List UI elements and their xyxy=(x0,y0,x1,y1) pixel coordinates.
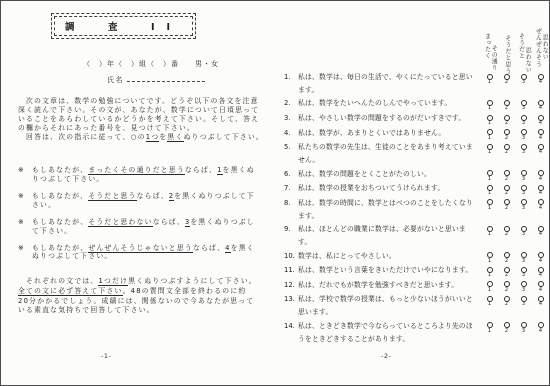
text-segment: さい。 xyxy=(32,201,56,209)
answer-options: 1234 xyxy=(481,141,549,155)
answer-option-number: 4 xyxy=(539,206,542,211)
answer-option-number: 3 xyxy=(522,106,525,111)
answer-option: 3 xyxy=(515,226,532,238)
scale-header-1: まったくその通り xyxy=(481,28,498,75)
answer-option-number: 4 xyxy=(539,80,542,85)
question-text: 私は、やさしい数学の問題をするのがだいすきです。 xyxy=(298,112,481,125)
note-text: もしあなたが、まったくその通りだと思うならば、1を黒くぬりつぶして下さい。 xyxy=(32,166,270,183)
note-marker: ※ xyxy=(18,192,32,209)
text-line: いることをあらわしているかどうかを考えて下さい。そして、答え xyxy=(18,115,270,124)
answer-option: 4 xyxy=(532,185,549,197)
question-text: 私は、数学の問題をとくことがたのしい。 xyxy=(298,168,481,181)
answer-option: 2 xyxy=(498,199,515,211)
answer-option: 3 xyxy=(515,199,532,211)
text-segment: ならば、 xyxy=(137,192,169,200)
text-segment: ならば、 xyxy=(193,244,225,252)
answer-option-number: 1 xyxy=(488,206,491,211)
question-row: 13.私は、学校で数学の授業は、もっと少ないほうがいいと思います。1234 xyxy=(284,293,549,319)
answer-option: 1 xyxy=(481,74,498,86)
answer-option-number: 4 xyxy=(539,232,542,237)
answer-option: 1 xyxy=(481,226,498,238)
underlined-text-segment: 1つだけ xyxy=(98,277,128,286)
answer-options: 1234 xyxy=(481,197,549,211)
answer-option: 1 xyxy=(481,129,498,141)
answer-option-number: 2 xyxy=(505,329,508,334)
answer-options: 1234 xyxy=(481,71,549,85)
answer-option: 2 xyxy=(498,226,515,238)
underlined-text-segment: そうだと思う xyxy=(88,192,136,201)
text-line: もしあなたが、そうだと思うならば、2を黒くぬりつぶして下 xyxy=(32,192,270,201)
text-line: 全ての文に必ず答えて下さい。48の質問文全部を終わるのに約 xyxy=(18,287,270,297)
answer-option: 2 xyxy=(498,267,515,279)
note-text: もしあなたが、ぜんぜんそうじゃないと思うならば、4を黒くぬりつぶして下さい。 xyxy=(32,244,270,261)
question-number: 9. xyxy=(284,223,298,236)
underlined-text-segment: まったくその通りだと思う xyxy=(88,166,185,175)
question-row: 11.私は、数学という言葉をきいただけでいやになります。1234 xyxy=(284,264,549,278)
text-segment: の欄からそれにあった番号を、見つけて下さい。 xyxy=(18,124,195,132)
scale-header-2: そうだと思う xyxy=(498,28,515,75)
answer-option: 4 xyxy=(532,267,549,279)
text-line: 次の文章は、数学の勉強についてです。どうぞ以下の各文を注意 xyxy=(18,97,270,106)
answer-option-number: 2 xyxy=(505,106,508,111)
question-number: 1. xyxy=(284,71,298,84)
answer-option-number: 3 xyxy=(522,232,525,237)
question-number: 7. xyxy=(284,182,298,195)
answer-option-number: 4 xyxy=(539,191,542,196)
answer-option-number: 2 xyxy=(505,150,508,155)
question-number: 13. xyxy=(284,293,298,306)
instruction-note: ※もしあなたが、そうだと思わないならば、3を黒くぬりつぶして下さい。 xyxy=(18,218,270,235)
scale-label-column: ぜんぜんそう xyxy=(534,28,541,75)
answer-option: 4 xyxy=(532,226,549,238)
survey-title: 調 査 II xyxy=(54,16,193,36)
answer-option-number: 2 xyxy=(505,136,508,141)
answer-option-number: 2 xyxy=(505,206,508,211)
answer-option-number: 2 xyxy=(505,259,508,264)
instruction-note: ※もしあなたが、まったくその通りだと思うならば、1を黒くぬりつぶして下さい。 xyxy=(18,166,270,183)
answer-option-number: 4 xyxy=(539,273,542,278)
question-number: 3. xyxy=(284,112,298,125)
question-text: 私たちの数学の先生は、生徒のことをあまり考えていません。 xyxy=(298,141,481,167)
answer-option-number: 3 xyxy=(522,288,525,293)
text-line: もしあなたが、ぜんぜんそうじゃないと思うならば、4を黒く xyxy=(32,244,270,253)
answer-option: 1 xyxy=(481,185,498,197)
answer-option: 1 xyxy=(481,281,498,293)
answer-option-number: 1 xyxy=(488,191,491,196)
answer-option: 3 xyxy=(515,252,532,264)
answer-option: 3 xyxy=(515,115,532,127)
answer-option-number: 2 xyxy=(505,177,508,182)
answer-option-number: 1 xyxy=(488,150,491,155)
instruction-note: ※もしあなたが、ぜんぜんそうじゃないと思うならば、4を黒くぬりつぶして下さい。 xyxy=(18,244,270,261)
text-segment: もしあなたが、 xyxy=(32,244,88,252)
answer-option: 1 xyxy=(481,144,498,156)
answer-option-number: 4 xyxy=(539,106,542,111)
footer-paragraph: それぞれの文では、1つだけ黒くぬりつぶすようにして下さい。全ての文に必ず答えて下… xyxy=(18,277,270,316)
answer-option-number: 2 xyxy=(505,288,508,293)
answer-option: 1 xyxy=(481,322,498,334)
text-segment: 回答は、次の指示に従って、○の xyxy=(18,133,146,141)
text-segment: を黒くぬりつぶし xyxy=(190,218,254,226)
text-segment: ならば、 xyxy=(185,166,217,174)
answer-option-number: 3 xyxy=(522,191,525,196)
question-row: 5.私たちの数学の先生は、生徒のことをあまり考えていません。1234 xyxy=(284,141,549,167)
question-text: 私は、数学の授業をおちついてうけられます。 xyxy=(298,182,481,195)
answer-option: 1 xyxy=(481,199,498,211)
answer-option: 3 xyxy=(515,129,532,141)
answer-option: 4 xyxy=(532,170,549,182)
answer-option-number: 4 xyxy=(539,177,542,182)
text-segment: 20分かかるでしょう。成績には、関係ないので今あなたが思って xyxy=(18,297,254,305)
answer-option-number: 1 xyxy=(488,273,491,278)
underlined-text-segment: 全ての文に必ず答えて下さい xyxy=(18,287,123,296)
answer-option-number: 3 xyxy=(522,259,525,264)
answer-option: 4 xyxy=(532,144,549,156)
question-text: 私は、だれでもが数学を勉強すべきだと思います。 xyxy=(298,279,481,292)
note-marker: ※ xyxy=(18,166,32,183)
answer-option: 3 xyxy=(515,281,532,293)
answer-options: 1234 xyxy=(481,182,549,196)
question-text: 私は、数学は、毎日の生活で、やくにたっていると思います。 xyxy=(298,71,481,97)
answer-option-number: 1 xyxy=(488,136,491,141)
question-row: 2.私は、数学をたいへんたのしんでやっています。1234 xyxy=(284,97,549,111)
question-text: 私は、数学が、あまりとくいではありません。 xyxy=(298,127,481,140)
answer-option: 1 xyxy=(481,267,498,279)
text-segment: もしあなたが、 xyxy=(32,192,88,200)
answer-option-number: 4 xyxy=(539,259,542,264)
answer-option: 1 xyxy=(481,115,498,127)
answer-option-number: 2 xyxy=(505,302,508,307)
text-segment: 次の文章は、数学の勉強についてです。どうぞ以下の各文を注意 xyxy=(18,97,259,105)
underlined-text-segment: そうだと思わない xyxy=(88,218,152,227)
answer-option-number: 1 xyxy=(488,177,491,182)
text-line: それぞれの文では、1つだけ黒くぬりつぶすようにして下さい。 xyxy=(18,277,270,287)
answer-option-number: 4 xyxy=(539,121,542,126)
note-marker: ※ xyxy=(18,218,32,235)
name-underline xyxy=(127,74,205,82)
answer-option-number: 4 xyxy=(539,288,542,293)
answer-option-number: 1 xyxy=(488,302,491,307)
answer-option-number: 2 xyxy=(505,191,508,196)
question-text: 数学は、私にとってやさしい。 xyxy=(298,250,481,263)
name-label: 氏名 xyxy=(107,76,124,84)
question-row: 12.私は、だれでもが数学を勉強すべきだと思います。1234 xyxy=(284,279,549,293)
instruction-notes: ※もしあなたが、まったくその通りだと思うならば、1を黒くぬりつぶして下さい。※も… xyxy=(18,166,270,270)
answer-options: 1234 xyxy=(481,293,549,307)
question-number: 5. xyxy=(284,141,298,154)
answer-option: 4 xyxy=(532,199,549,211)
answer-options: 1234 xyxy=(481,168,549,182)
answer-option-number: 2 xyxy=(505,273,508,278)
survey-title-box: 調 査 II xyxy=(51,13,196,39)
answer-option: 4 xyxy=(532,281,549,293)
answer-option: 3 xyxy=(515,267,532,279)
answer-option-number: 1 xyxy=(488,80,491,85)
text-segment: て下さい。 xyxy=(32,227,72,235)
text-line: 深く読んで下さい。その文が、あなたが、数学について日頃思って xyxy=(18,106,270,115)
answer-option: 4 xyxy=(532,129,549,141)
text-line: さい。 xyxy=(32,201,270,210)
answer-option: 4 xyxy=(532,100,549,112)
answer-option: 3 xyxy=(515,296,532,308)
answer-option-number: 3 xyxy=(522,302,525,307)
scale-header-4: ぜんぜんそう思わない xyxy=(532,28,549,75)
question-text: 私は、ときどき数学で今ならっているところより先のほうをときどきすることがあります… xyxy=(298,320,481,346)
answer-option: 4 xyxy=(532,296,549,308)
text-line: もしあなたが、まったくその通りだと思うならば、1を黒くぬ xyxy=(32,166,270,175)
question-number: 4. xyxy=(284,127,298,140)
answer-options: 1234 xyxy=(481,250,549,264)
question-number: 14. xyxy=(284,320,298,333)
answer-option: 4 xyxy=(532,115,549,127)
answer-option: 3 xyxy=(515,322,532,334)
text-segment: 黒くぬりつぶすようにして下さい。 xyxy=(128,277,257,285)
answer-option-number: 3 xyxy=(522,329,525,334)
answer-option: 3 xyxy=(515,144,532,156)
answer-option-number: 1 xyxy=(488,106,491,111)
answer-option-number: 1 xyxy=(488,259,491,264)
question-number: 2. xyxy=(284,97,298,110)
question-row: 1.私は、数学は、毎日の生活で、やくにたっていると思います。1234 xyxy=(284,71,549,97)
answer-option-number: 4 xyxy=(539,136,542,141)
answer-option: 2 xyxy=(498,185,515,197)
answer-options: 1234 xyxy=(481,223,549,237)
answer-option-number: 2 xyxy=(505,121,508,126)
answer-option: 3 xyxy=(515,100,532,112)
text-segment: ぬりつぶして下さい。 xyxy=(184,133,264,141)
note-marker: ※ xyxy=(18,244,32,261)
text-segment: いる素直な気持ちで回答して下さい。 xyxy=(18,306,155,314)
answer-option-number: 3 xyxy=(522,150,525,155)
underlined-text-segment: 1つ xyxy=(146,133,160,142)
answer-option: 1 xyxy=(481,100,498,112)
question-row: 3.私は、やさしい数学の問題をするのがだいすきです。1234 xyxy=(284,112,549,126)
answer-option: 3 xyxy=(515,74,532,86)
answer-option: 1 xyxy=(481,296,498,308)
answer-option-number: 2 xyxy=(505,232,508,237)
question-number: 10. xyxy=(284,250,298,263)
page-number-2: -2- xyxy=(381,352,391,360)
text-segment: ならば、 xyxy=(153,218,185,226)
answer-option-number: 3 xyxy=(522,206,525,211)
question-row: 9.私は、ほとんどの職業に数学は、必要がないと思います。1234 xyxy=(284,223,549,249)
student-info-line: （ ）年（ ）組（ ）番 男・女 xyxy=(31,59,271,69)
answer-option: 2 xyxy=(498,281,515,293)
answer-options: 1234 xyxy=(481,97,549,111)
answer-option-number: 3 xyxy=(522,80,525,85)
answer-option-number: 4 xyxy=(539,150,542,155)
answer-option-number: 3 xyxy=(522,136,525,141)
question-row: 6.私は、数学の問題をとくことがたのしい。1234 xyxy=(284,168,549,182)
text-segment: を黒く xyxy=(231,244,255,252)
answer-option: 2 xyxy=(498,170,515,182)
answer-scale-headers: まったくその通りそうだと思うそうだと思わないぜんぜんそう思わない xyxy=(481,28,549,75)
text-segment: もしあなたが、 xyxy=(32,218,88,226)
text-segment: いることをあらわしているかどうかを考えて下さい。そして、答え xyxy=(18,115,259,123)
question-text: 私は、数学という言葉をきいただけでいやになります。 xyxy=(298,264,481,277)
text-line: りつぶして下さい。 xyxy=(32,175,270,184)
scale-label-column: そうだと思う xyxy=(503,35,510,75)
intro-paragraph: 次の文章は、数学の勉強についてです。どうぞ以下の各文を注意深く読んで下さい。その… xyxy=(18,97,270,142)
text-segment: ぬりつぶして下さい。 xyxy=(32,252,112,260)
answer-option: 4 xyxy=(532,322,549,334)
note-text: もしあなたが、そうだと思うならば、2を黒くぬりつぶして下さい。 xyxy=(32,192,270,209)
answer-option-number: 3 xyxy=(522,177,525,182)
answer-option: 1 xyxy=(481,252,498,264)
scale-label-column: 思わない xyxy=(541,34,548,75)
text-line: の欄からそれにあった番号を、見つけて下さい。 xyxy=(18,124,270,133)
question-row: 4.私は、数学が、あまりとくいではありません。1234 xyxy=(284,127,549,141)
answer-options: 1234 xyxy=(481,112,549,126)
text-segment: 深く読んで下さい。その文が、あなたが、数学について日頃思って xyxy=(18,106,259,114)
answer-option: 2 xyxy=(498,322,515,334)
answer-option-number: 1 xyxy=(488,232,491,237)
answer-option-number: 1 xyxy=(488,329,491,334)
page-number-1: -1- xyxy=(101,352,111,360)
text-segment: 。48の質問文全部を終わるのに約 xyxy=(123,287,247,295)
question-number: 12. xyxy=(284,279,298,292)
question-row: 10.数学は、私にとってやさしい。1234 xyxy=(284,250,549,264)
text-line: 回答は、次の指示に従って、○の1つを黒くぬりつぶして下さい。 xyxy=(18,133,270,142)
answer-option: 2 xyxy=(498,100,515,112)
answer-options: 1234 xyxy=(481,264,549,278)
note-text: もしあなたが、そうだと思わないならば、3を黒くぬりつぶして下さい。 xyxy=(32,218,270,235)
answer-option: 2 xyxy=(498,296,515,308)
answer-option: 2 xyxy=(498,144,515,156)
answer-option: 3 xyxy=(515,185,532,197)
answer-option-number: 3 xyxy=(522,121,525,126)
text-segment: それぞれの文では、 xyxy=(18,277,98,285)
answer-option: 2 xyxy=(498,129,515,141)
text-line: いる素直な気持ちで回答して下さい。 xyxy=(18,306,270,316)
text-line: 20分かかるでしょう。成績には、関係ないので今あなたが思って xyxy=(18,297,270,307)
question-text: 私は、学校で数学の授業は、もっと少ないほうがいいと思います。 xyxy=(298,293,481,319)
question-list: 1.私は、数学は、毎日の生活で、やくにたっていると思います。12342.私は、数… xyxy=(284,71,549,346)
question-row: 7.私は、数学の授業をおちついてうけられます。1234 xyxy=(284,182,549,196)
answer-option: 4 xyxy=(532,252,549,264)
answer-option-number: 3 xyxy=(522,273,525,278)
text-line: もしあなたが、そうだと思わないならば、3を黒くぬりつぶし xyxy=(32,218,270,227)
text-segment: りつぶして下さい。 xyxy=(32,175,104,183)
text-segment: を黒くぬ xyxy=(223,166,255,174)
question-row: 14.私は、ときどき数学で今ならっているところより先のほうをときどきすることがあ… xyxy=(284,320,549,346)
answer-option-number: 1 xyxy=(488,121,491,126)
answer-options: 1234 xyxy=(481,127,549,141)
text-segment: を黒くぬりつぶして下 xyxy=(174,192,254,200)
question-number: 8. xyxy=(284,197,298,210)
underlined-text-segment: 黒く xyxy=(167,133,183,142)
question-number: 6. xyxy=(284,168,298,181)
scale-label-column: そうだと xyxy=(517,33,524,75)
question-row: 8.私は、数学の時間に、数学とはべつのことをしたくなります。1234 xyxy=(284,197,549,223)
instruction-note: ※もしあなたが、そうだと思うならば、2を黒くぬりつぶして下さい。 xyxy=(18,192,270,209)
scale-label-column: まったく xyxy=(483,33,490,75)
scale-header-3: そうだと思わない xyxy=(515,28,532,75)
question-text: 私は、ほとんどの職業に数学は、必要がないと思います。 xyxy=(298,223,481,249)
answer-option-number: 2 xyxy=(505,80,508,85)
answer-options: 1234 xyxy=(481,320,549,334)
answer-option: 2 xyxy=(498,74,515,86)
text-segment: もしあなたが、 xyxy=(32,166,88,174)
answer-options: 1234 xyxy=(481,279,549,293)
answer-option: 3 xyxy=(515,170,532,182)
answer-option: 2 xyxy=(498,252,515,264)
text-line: て下さい。 xyxy=(32,227,270,236)
scanned-survey-document: 調 査 II （ ）年（ ）組（ ）番 男・女 氏名 次の文章は、数学の勉強につ… xyxy=(0,0,550,386)
answer-option-number: 1 xyxy=(488,288,491,293)
text-line: ぬりつぶして下さい。 xyxy=(32,252,270,261)
answer-option: 4 xyxy=(532,74,549,86)
answer-option: 1 xyxy=(481,170,498,182)
name-field-row: 氏名 xyxy=(107,74,205,85)
question-number: 11. xyxy=(284,264,298,277)
underlined-text-segment: ぜんぜんそうじゃないと思う xyxy=(88,244,193,253)
answer-option-number: 4 xyxy=(539,329,542,334)
question-text: 私は、数学の時間に、数学とはべつのことをしたくなります。 xyxy=(298,197,481,223)
answer-option: 2 xyxy=(498,115,515,127)
question-text: 私は、数学をたいへんたのしんでやっています。 xyxy=(298,97,481,110)
answer-option-number: 4 xyxy=(539,302,542,307)
